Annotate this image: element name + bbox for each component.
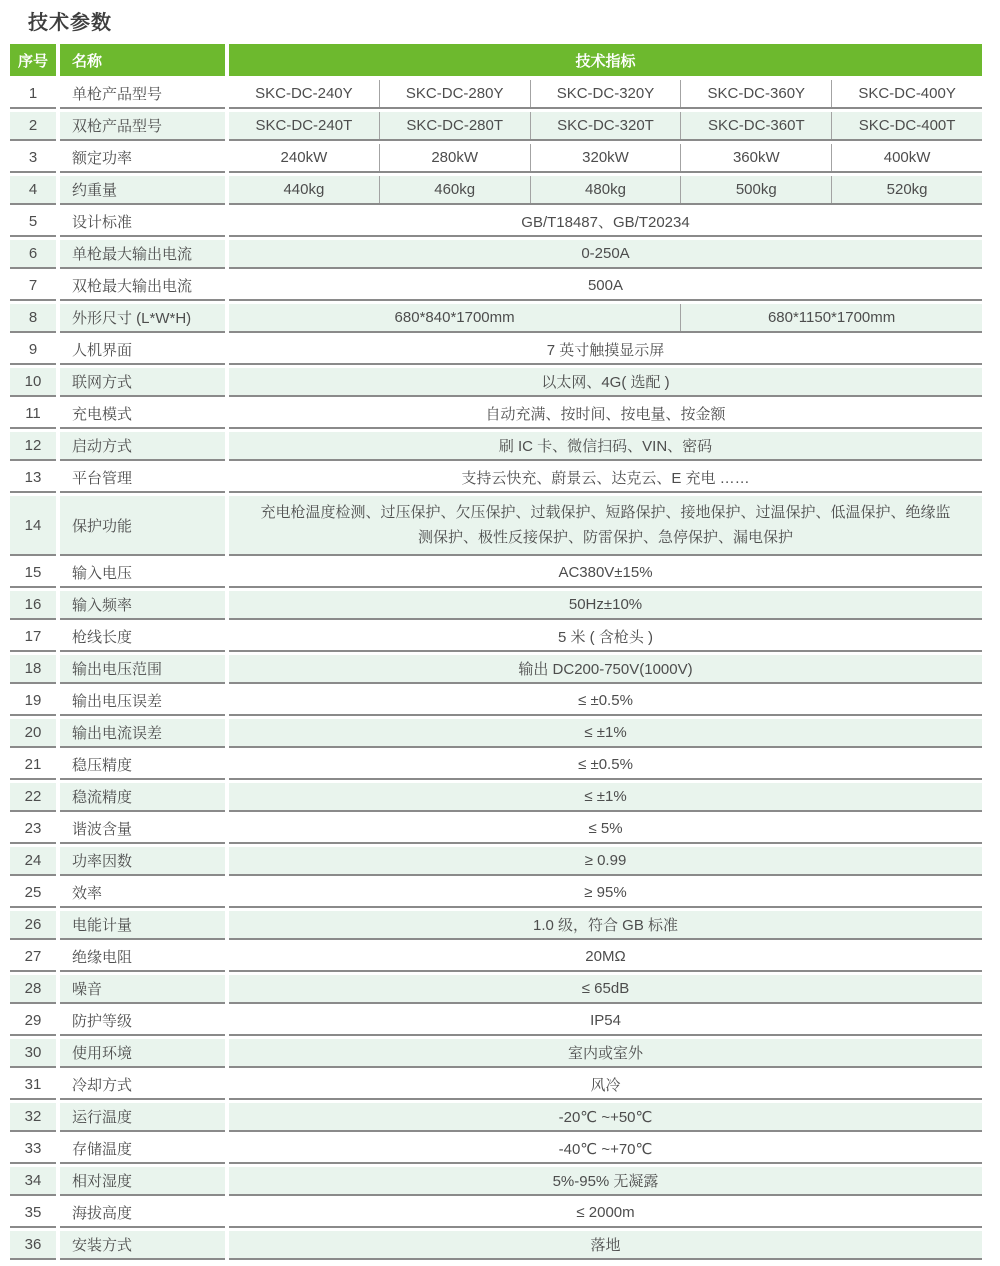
row-number: 10 <box>10 368 56 397</box>
row-name: 谐波含量 <box>60 815 225 844</box>
row-value: 落地 <box>229 1231 982 1258</box>
row-value: SKC-DC-320T <box>530 112 681 139</box>
row-value: SKC-DC-360Y <box>680 80 831 107</box>
row-value: 充电枪温度检测、过压保护、欠压保护、过载保护、短路保护、接地保护、过温保护、低温… <box>229 496 982 554</box>
row-values: 5%-95% 无凝露 <box>229 1167 982 1196</box>
row-number: 28 <box>10 975 56 1004</box>
row-values: 风冷 <box>229 1071 982 1100</box>
row-value: 刷 IC 卡、微信扫码、VIN、密码 <box>229 432 982 459</box>
table-row: 26 电能计量 1.0 级，符合 GB 标准 <box>10 911 982 940</box>
row-values: 充电枪温度检测、过压保护、欠压保护、过载保护、短路保护、接地保护、过温保护、低温… <box>229 496 982 556</box>
row-name: 单枪产品型号 <box>60 80 225 109</box>
header-cell-name: 名称 <box>60 44 225 76</box>
row-name: 人机界面 <box>60 336 225 365</box>
row-value: 以太网、4G( 选配 ) <box>229 368 982 395</box>
row-name: 使用环境 <box>60 1039 225 1068</box>
row-number: 4 <box>10 176 56 205</box>
table-row: 34 相对湿度 5%-95% 无凝露 <box>10 1167 982 1196</box>
row-number: 26 <box>10 911 56 940</box>
row-number: 34 <box>10 1167 56 1196</box>
row-value: 680*840*1700mm <box>229 304 680 331</box>
row-values: 室内或室外 <box>229 1039 982 1068</box>
row-value: SKC-DC-320Y <box>530 80 681 107</box>
table-row: 4 约重量 440kg460kg480kg500kg520kg <box>10 176 982 205</box>
row-name: 充电模式 <box>60 400 225 429</box>
row-name: 输出电压误差 <box>60 687 225 716</box>
row-number: 23 <box>10 815 56 844</box>
table-row: 11 充电模式 自动充满、按时间、按电量、按金额 <box>10 400 982 429</box>
row-values: IP54 <box>229 1007 982 1036</box>
row-number: 6 <box>10 240 56 269</box>
row-name: 运行温度 <box>60 1103 225 1132</box>
row-values: 5 米 ( 含枪头 ) <box>229 623 982 652</box>
row-name: 稳流精度 <box>60 783 225 812</box>
table-row: 28 噪音 ≤ 65dB <box>10 975 982 1004</box>
row-values: SKC-DC-240TSKC-DC-280TSKC-DC-320TSKC-DC-… <box>229 112 982 141</box>
row-name: 保护功能 <box>60 496 225 556</box>
table-row: 19 输出电压误差 ≤ ±0.5% <box>10 687 982 716</box>
row-value: SKC-DC-400Y <box>831 80 982 107</box>
table-row: 8 外形尺寸 (L*W*H) 680*840*1700mm680*1150*17… <box>10 304 982 333</box>
table-row: 21 稳压精度 ≤ ±0.5% <box>10 751 982 780</box>
spec-table: 序号 名称 技术指标 1 单枪产品型号 SKC-DC-240YSKC-DC-28… <box>10 44 982 1260</box>
row-value: ≤ ±0.5% <box>229 751 982 778</box>
row-name: 单枪最大输出电流 <box>60 240 225 269</box>
row-name: 输出电压范围 <box>60 655 225 684</box>
table-row: 30 使用环境 室内或室外 <box>10 1039 982 1068</box>
row-value: SKC-DC-400T <box>831 112 982 139</box>
row-number: 35 <box>10 1199 56 1228</box>
row-value: 320kW <box>530 144 681 171</box>
row-number: 15 <box>10 559 56 588</box>
row-name: 相对湿度 <box>60 1167 225 1196</box>
table-row: 5 设计标准 GB/T18487、GB/T20234 <box>10 208 982 237</box>
table-row: 1 单枪产品型号 SKC-DC-240YSKC-DC-280YSKC-DC-32… <box>10 80 982 109</box>
row-values: -20℃ ~+50℃ <box>229 1103 982 1132</box>
row-name: 设计标准 <box>60 208 225 237</box>
row-values: ≤ 2000m <box>229 1199 982 1228</box>
row-value: 460kg <box>379 176 530 203</box>
row-name: 额定功率 <box>60 144 225 173</box>
row-values: 500A <box>229 272 982 301</box>
row-name: 冷却方式 <box>60 1071 225 1100</box>
row-value: 520kg <box>831 176 982 203</box>
row-number: 22 <box>10 783 56 812</box>
row-name: 防护等级 <box>60 1007 225 1036</box>
row-value: 680*1150*1700mm <box>680 304 982 331</box>
row-name: 双枪最大输出电流 <box>60 272 225 301</box>
row-values: ≤ 65dB <box>229 975 982 1004</box>
row-value: GB/T18487、GB/T20234 <box>229 208 982 235</box>
row-value: 输出 DC200-750V(1000V) <box>229 655 982 682</box>
table-row: 29 防护等级 IP54 <box>10 1007 982 1036</box>
table-row: 20 输出电流误差 ≤ ±1% <box>10 719 982 748</box>
row-name: 输入电压 <box>60 559 225 588</box>
table-row: 9 人机界面 7 英寸触摸显示屏 <box>10 336 982 365</box>
row-value: 风冷 <box>229 1071 982 1098</box>
row-name: 双枪产品型号 <box>60 112 225 141</box>
row-value: ≤ ±1% <box>229 783 982 810</box>
row-values: 自动充满、按时间、按电量、按金额 <box>229 400 982 429</box>
table-row: 24 功率因数 ≥ 0.99 <box>10 847 982 876</box>
row-value: 自动充满、按时间、按电量、按金额 <box>229 400 982 427</box>
row-number: 5 <box>10 208 56 237</box>
row-value: 500kg <box>680 176 831 203</box>
row-number: 16 <box>10 591 56 620</box>
table-row: 33 存储温度 -40℃ ~+70℃ <box>10 1135 982 1164</box>
row-name: 效率 <box>60 879 225 908</box>
row-values: 440kg460kg480kg500kg520kg <box>229 176 982 205</box>
table-row: 3 额定功率 240kW280kW320kW360kW400kW <box>10 144 982 173</box>
row-value: ≤ 65dB <box>229 975 982 1002</box>
row-values: 支持云快充、蔚景云、达克云、E 充电 …… <box>229 464 982 493</box>
row-value: ≤ 5% <box>229 815 982 842</box>
table-row: 6 单枪最大输出电流 0-250A <box>10 240 982 269</box>
row-number: 7 <box>10 272 56 301</box>
row-number: 20 <box>10 719 56 748</box>
row-number: 27 <box>10 943 56 972</box>
row-values: 240kW280kW320kW360kW400kW <box>229 144 982 173</box>
row-number: 21 <box>10 751 56 780</box>
row-name: 噪音 <box>60 975 225 1004</box>
row-value: SKC-DC-280T <box>379 112 530 139</box>
row-name: 绝缘电阻 <box>60 943 225 972</box>
header-cell-spec: 技术指标 <box>229 44 982 76</box>
row-value: SKC-DC-360T <box>680 112 831 139</box>
row-value: 室内或室外 <box>229 1039 982 1066</box>
row-values: 20MΩ <box>229 943 982 972</box>
row-number: 30 <box>10 1039 56 1068</box>
row-value: -40℃ ~+70℃ <box>229 1135 982 1162</box>
row-value: 0-250A <box>229 240 982 267</box>
row-values: 输出 DC200-750V(1000V) <box>229 655 982 684</box>
row-number: 36 <box>10 1231 56 1260</box>
row-number: 24 <box>10 847 56 876</box>
row-name: 枪线长度 <box>60 623 225 652</box>
row-values: 落地 <box>229 1231 982 1260</box>
row-number: 14 <box>10 496 56 556</box>
table-header-row: 序号 名称 技术指标 <box>10 44 982 76</box>
row-values: ≤ ±1% <box>229 783 982 812</box>
row-number: 17 <box>10 623 56 652</box>
row-name: 平台管理 <box>60 464 225 493</box>
row-value: IP54 <box>229 1007 982 1034</box>
table-row: 36 安装方式 落地 <box>10 1231 982 1260</box>
row-number: 13 <box>10 464 56 493</box>
table-row: 23 谐波含量 ≤ 5% <box>10 815 982 844</box>
row-number: 25 <box>10 879 56 908</box>
table-row: 35 海拔高度 ≤ 2000m <box>10 1199 982 1228</box>
row-value: 7 英寸触摸显示屏 <box>229 336 982 363</box>
row-number: 9 <box>10 336 56 365</box>
row-value: 1.0 级，符合 GB 标准 <box>229 911 982 938</box>
row-values: ≤ 5% <box>229 815 982 844</box>
row-value: SKC-DC-240Y <box>229 80 379 107</box>
row-value: 20MΩ <box>229 943 982 970</box>
row-number: 11 <box>10 400 56 429</box>
row-number: 8 <box>10 304 56 333</box>
row-values: ≥ 95% <box>229 879 982 908</box>
row-name: 输入频率 <box>60 591 225 620</box>
row-value: 280kW <box>379 144 530 171</box>
row-number: 33 <box>10 1135 56 1164</box>
table-row: 22 稳流精度 ≤ ±1% <box>10 783 982 812</box>
row-name: 海拔高度 <box>60 1199 225 1228</box>
table-row: 7 双枪最大输出电流 500A <box>10 272 982 301</box>
row-value: 240kW <box>229 144 379 171</box>
row-value: SKC-DC-240T <box>229 112 379 139</box>
table-row: 25 效率 ≥ 95% <box>10 879 982 908</box>
row-name: 联网方式 <box>60 368 225 397</box>
row-number: 18 <box>10 655 56 684</box>
row-value: ≥ 95% <box>229 879 982 906</box>
row-name: 安装方式 <box>60 1231 225 1260</box>
row-values: 0-250A <box>229 240 982 269</box>
table-row: 17 枪线长度 5 米 ( 含枪头 ) <box>10 623 982 652</box>
row-number: 2 <box>10 112 56 141</box>
row-value: 500A <box>229 272 982 299</box>
row-number: 3 <box>10 144 56 173</box>
row-name: 存储温度 <box>60 1135 225 1164</box>
table-row: 10 联网方式 以太网、4G( 选配 ) <box>10 368 982 397</box>
table-body: 1 单枪产品型号 SKC-DC-240YSKC-DC-280YSKC-DC-32… <box>10 80 982 1260</box>
row-values: 1.0 级，符合 GB 标准 <box>229 911 982 940</box>
row-name: 功率因数 <box>60 847 225 876</box>
row-name: 外形尺寸 (L*W*H) <box>60 304 225 333</box>
row-name: 约重量 <box>60 176 225 205</box>
row-values: 680*840*1700mm680*1150*1700mm <box>229 304 982 333</box>
row-number: 12 <box>10 432 56 461</box>
table-row: 13 平台管理 支持云快充、蔚景云、达克云、E 充电 …… <box>10 464 982 493</box>
page-title: 技术参数 <box>28 10 1000 44</box>
table-row: 14 保护功能 充电枪温度检测、过压保护、欠压保护、过载保护、短路保护、接地保护… <box>10 496 982 556</box>
row-name: 稳压精度 <box>60 751 225 780</box>
row-values: -40℃ ~+70℃ <box>229 1135 982 1164</box>
row-value: ≤ ±1% <box>229 719 982 746</box>
row-values: SKC-DC-240YSKC-DC-280YSKC-DC-320YSKC-DC-… <box>229 80 982 109</box>
row-values: ≤ ±1% <box>229 719 982 748</box>
row-value: ≤ ±0.5% <box>229 687 982 714</box>
table-row: 27 绝缘电阻 20MΩ <box>10 943 982 972</box>
row-name: 电能计量 <box>60 911 225 940</box>
row-value: SKC-DC-280Y <box>379 80 530 107</box>
row-value: ≥ 0.99 <box>229 847 982 874</box>
row-value: -20℃ ~+50℃ <box>229 1103 982 1130</box>
row-number: 1 <box>10 80 56 109</box>
row-value: 5%-95% 无凝露 <box>229 1167 982 1194</box>
row-number: 29 <box>10 1007 56 1036</box>
table-row: 15 输入电压 AC380V±15% <box>10 559 982 588</box>
row-number: 31 <box>10 1071 56 1100</box>
row-name: 输出电流误差 <box>60 719 225 748</box>
row-value: 360kW <box>680 144 831 171</box>
row-value: 400kW <box>831 144 982 171</box>
table-row: 18 输出电压范围 输出 DC200-750V(1000V) <box>10 655 982 684</box>
row-value: AC380V±15% <box>229 559 982 586</box>
row-values: 刷 IC 卡、微信扫码、VIN、密码 <box>229 432 982 461</box>
header-cell-no: 序号 <box>10 44 56 76</box>
row-value: 50Hz±10% <box>229 591 982 618</box>
row-values: ≤ ±0.5% <box>229 687 982 716</box>
row-value: 480kg <box>530 176 681 203</box>
table-row: 31 冷却方式 风冷 <box>10 1071 982 1100</box>
row-values: GB/T18487、GB/T20234 <box>229 208 982 237</box>
table-row: 32 运行温度 -20℃ ~+50℃ <box>10 1103 982 1132</box>
row-values: AC380V±15% <box>229 559 982 588</box>
row-number: 19 <box>10 687 56 716</box>
row-value: 支持云快充、蔚景云、达克云、E 充电 …… <box>229 464 982 491</box>
table-row: 12 启动方式 刷 IC 卡、微信扫码、VIN、密码 <box>10 432 982 461</box>
row-values: ≥ 0.99 <box>229 847 982 876</box>
row-value: 440kg <box>229 176 379 203</box>
table-row: 16 输入频率 50Hz±10% <box>10 591 982 620</box>
row-name: 启动方式 <box>60 432 225 461</box>
row-number: 32 <box>10 1103 56 1132</box>
row-values: 7 英寸触摸显示屏 <box>229 336 982 365</box>
row-value: ≤ 2000m <box>229 1199 982 1226</box>
row-values: 50Hz±10% <box>229 591 982 620</box>
row-values: 以太网、4G( 选配 ) <box>229 368 982 397</box>
table-row: 2 双枪产品型号 SKC-DC-240TSKC-DC-280TSKC-DC-32… <box>10 112 982 141</box>
row-value: 5 米 ( 含枪头 ) <box>229 623 982 650</box>
row-values: ≤ ±0.5% <box>229 751 982 780</box>
